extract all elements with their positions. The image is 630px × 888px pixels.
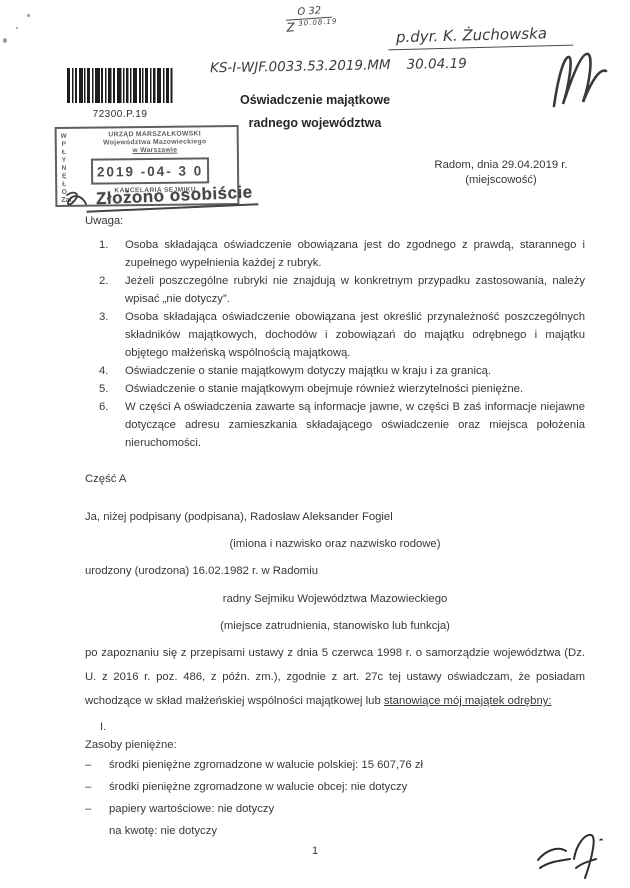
- asset-item-dash: –: [85, 798, 109, 820]
- legal-underlined-phrase: stanowiące mój majątek odrębny:: [384, 695, 552, 707]
- stamp-date: 2019 -04- 3 0: [91, 157, 209, 184]
- asset-item-foreign-currency: – środki pieniężne zgromadzone w walucie…: [85, 776, 585, 798]
- asset-item-polish-currency: – środki pieniężne zgromadzone w walucie…: [85, 754, 585, 776]
- declarant-hint: (imiona i nazwisko oraz nazwisko rodowe): [85, 535, 585, 553]
- notice-header: Uwaga:: [85, 212, 585, 230]
- notice-item-number: 3.: [85, 308, 125, 362]
- notice-item-text: Osoba składająca oświadczenie obowiązana…: [125, 308, 585, 362]
- handwritten-reference-note: O 32 Z 30.08.19: [285, 4, 338, 35]
- notice-item-text: Jeżeli poszczególne rubryki nie znajdują…: [125, 272, 585, 308]
- scan-speck: [3, 38, 7, 43]
- part-a-label: Część A: [85, 470, 585, 488]
- scan-speck: [16, 27, 18, 29]
- asset-item-text: środki pieniężne zgromadzone w walucie o…: [109, 776, 407, 798]
- asset-item-securities: – papiery wartościowe: nie dotyczy: [85, 798, 585, 820]
- place-date-block: Radom, dnia 29.04.2019 r. (miejscowość): [395, 158, 607, 188]
- notice-item-2: 2. Jeżeli poszczególne rubryki nie znajd…: [85, 272, 585, 308]
- barcode-label: 72300.P.19: [66, 109, 174, 120]
- asset-item-dash: –: [85, 754, 109, 776]
- case-date: 30.04.19: [406, 56, 466, 73]
- handwritten-fraction-bottom: Z 30.08.19: [286, 17, 338, 35]
- section-roman-numeral: I.: [85, 718, 585, 736]
- asset-item-text: środki pieniężne zgromadzone w walucie p…: [109, 754, 423, 776]
- notice-item-number: 2.: [85, 272, 125, 308]
- notice-item-number: 4.: [85, 362, 125, 380]
- legal-paragraph: po zapoznaniu się z przepisami ustawy z …: [85, 641, 585, 713]
- barcode-icon: [67, 68, 173, 103]
- signature-flourish-icon: [546, 44, 614, 114]
- barcode-block: 72300.P.19: [66, 68, 174, 120]
- notice-item-text: Osoba składająca oświadczenie obowiązana…: [125, 236, 585, 272]
- declarant-line: Ja, niżej podpisany (podpisana), Radosła…: [85, 508, 585, 526]
- position-hint: (miejsce zatrudnienia, stanowisko lub fu…: [85, 617, 585, 635]
- notice-item-number: 6.: [85, 398, 125, 452]
- scanned-declaration-page: O 32 Z 30.08.19 p.dyr. K. Żuchowska KS-I…: [0, 0, 630, 888]
- asset-sub-item-amount: na kwotę: nie dotyczy: [85, 820, 585, 842]
- notice-item-number: 5.: [85, 380, 125, 398]
- notice-item-text: W części A oświadczenia zawarte są infor…: [125, 398, 585, 452]
- asset-item-dash: –: [85, 776, 109, 798]
- notice-item-number: 1.: [85, 236, 125, 272]
- place-date-label: (miejscowość): [395, 173, 607, 188]
- birth-line: urodzony (urodzona) 16.02.1982 r. w Rado…: [85, 562, 585, 580]
- stamp-office-name: URZĄD MARSZAŁKOWSKI Województwa Mazowiec…: [73, 130, 237, 156]
- place-date-line: Radom, dnia 29.04.2019 r.: [395, 158, 607, 173]
- signature-bottom-icon: [530, 830, 614, 886]
- notice-item-5: 5. Oświadczenie o stanie majątkowym obej…: [85, 380, 585, 398]
- title-line-1: Oświadczenie majątkowe: [165, 93, 465, 107]
- notice-item-6: 6. W części A oświadczenia zawarte są in…: [85, 398, 585, 452]
- handwritten-case-number-line: KS-I-WJF.0033.53.2019.MM30.04.19: [210, 56, 467, 76]
- assets-section-title: Zasoby pieniężne:: [85, 736, 585, 754]
- asset-item-text: papiery wartościowe: nie dotyczy: [109, 798, 274, 820]
- notice-item-4: 4. Oświadczenie o stanie majątkowym doty…: [85, 362, 585, 380]
- handwritten-fraction-date: 30.08.19: [298, 17, 338, 28]
- notice-item-text: Oświadczenie o stanie majątkowym dotyczy…: [125, 362, 585, 380]
- case-number: KS-I-WJF.0033.53.2019.MM: [210, 57, 391, 76]
- scan-speck: [27, 14, 30, 17]
- stamp-office-line-3: w Warszawie: [73, 146, 237, 156]
- notice-item-1: 1. Osoba składająca oświadczenie obowiąz…: [85, 236, 585, 272]
- notice-item-3: 3. Osoba składająca oświadczenie obowiąz…: [85, 308, 585, 362]
- notice-item-text: Oświadczenie o stanie majątkowym obejmuj…: [125, 380, 585, 398]
- document-body: Uwaga: 1. Osoba składająca oświadczenie …: [85, 212, 585, 842]
- position-line: radny Sejmiku Województwa Mazowieckiego: [85, 590, 585, 608]
